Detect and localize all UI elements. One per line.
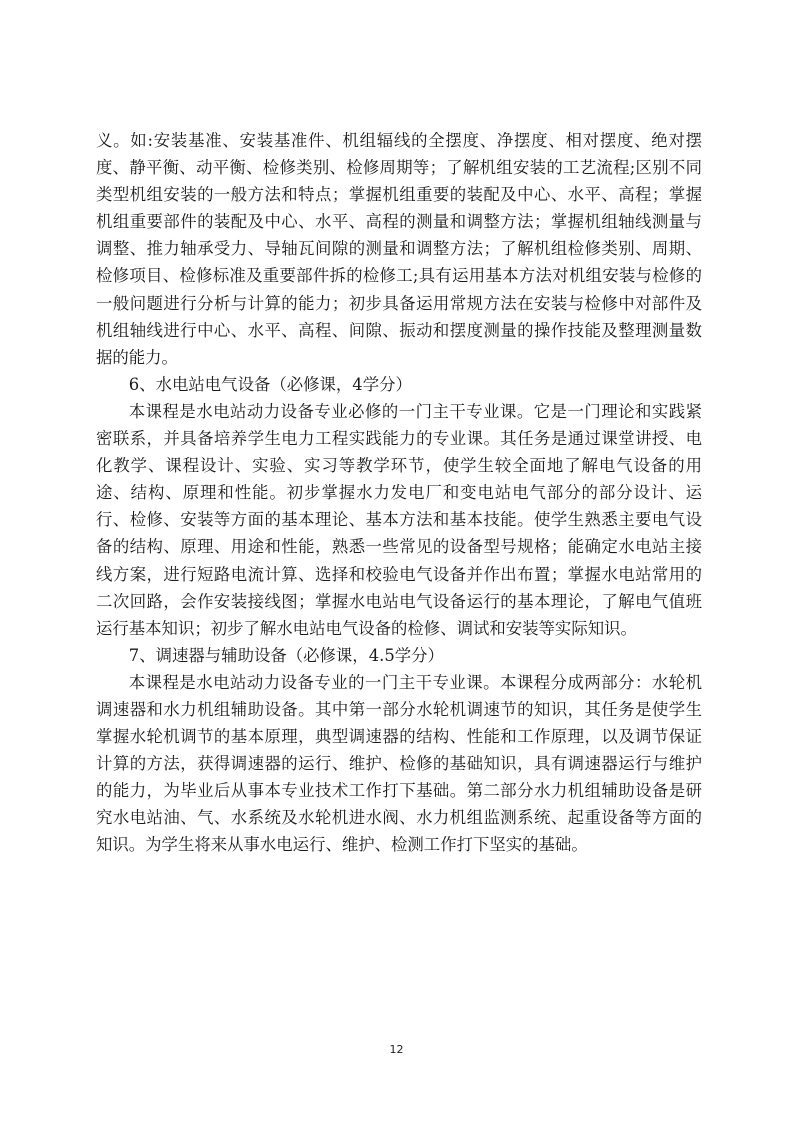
section-heading-7: 7、调速器与辅助设备（必修课，4.5学分）	[96, 642, 702, 669]
paragraph-continuation: 义。如:安装基准、安装基准件、机组辐线的全摆度、净摆度、相对摆度、绝对摆度、静平…	[96, 127, 702, 371]
document-page: 义。如:安装基准、安装基准件、机组辐线的全摆度、净摆度、相对摆度、绝对摆度、静平…	[0, 0, 793, 1122]
page-number: 12	[0, 1043, 793, 1056]
paragraph-section-6: 本课程是水电站动力设备专业必修的一门主干专业课。它是一门理论和实践紧密联系，并具…	[96, 398, 702, 642]
section-heading-6: 6、水电站电气设备（必修课，4学分）	[96, 371, 702, 398]
paragraph-section-7: 本课程是水电站动力设备专业的一门主干专业课。本课程分成两部分：水轮机调速器和水力…	[96, 669, 702, 859]
document-body: 义。如:安装基准、安装基准件、机组辐线的全摆度、净摆度、相对摆度、绝对摆度、静平…	[96, 127, 702, 859]
